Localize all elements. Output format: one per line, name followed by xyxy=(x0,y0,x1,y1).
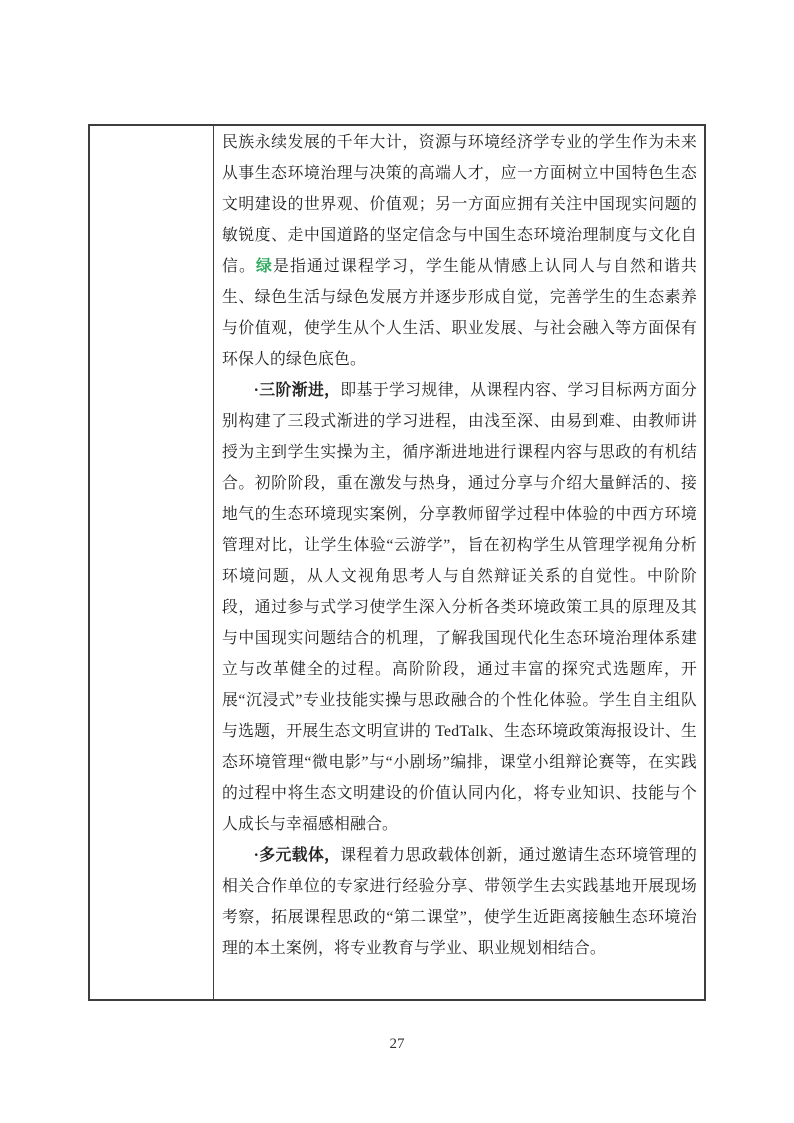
bullet2-head: 多元载体， xyxy=(259,847,340,864)
document-page: 民族永续发展的千年大计，资源与环境经济学专业的学生作为未来从事生态环境治理与决策… xyxy=(0,0,794,1123)
content-table: 民族永续发展的千年大计，资源与环境经济学专业的学生作为未来从事生态环境治理与决策… xyxy=(88,124,706,1001)
bullet1-head: 三阶渐进， xyxy=(259,382,340,399)
table-cell-empty xyxy=(90,126,214,999)
para1-text-before-highlight: 民族永续发展的千年大计，资源与环境经济学专业的学生作为未来从事生态环境治理与决策… xyxy=(222,134,697,275)
paragraph-multi-carrier: ·多元载体，课程着力思政载体创新，通过邀请生态环境管理的相关合作单位的专家进行经… xyxy=(222,840,697,964)
bullet1-body: 即基于学习规律，从课程内容、学习目标两方面分别构建了三段式渐进的学习进程，由浅至… xyxy=(222,382,697,833)
para1-text-after-highlight: 是指通过课程学习，学生能从情感上认同人与自然和谐共生、绿色生活与绿色发展方并逐步… xyxy=(222,258,697,368)
green-keyword: 绿 xyxy=(256,258,273,275)
paragraph-continuation: 民族永续发展的千年大计，资源与环境经济学专业的学生作为未来从事生态环境治理与决策… xyxy=(222,127,697,375)
table-cell-content: 民族永续发展的千年大计，资源与环境经济学专业的学生作为未来从事生态环境治理与决策… xyxy=(214,126,704,999)
page-number: 27 xyxy=(0,1036,794,1053)
paragraph-three-stage-progression: ·三阶渐进，即基于学习规律，从课程内容、学习目标两方面分别构建了三段式渐进的学习… xyxy=(222,375,697,840)
